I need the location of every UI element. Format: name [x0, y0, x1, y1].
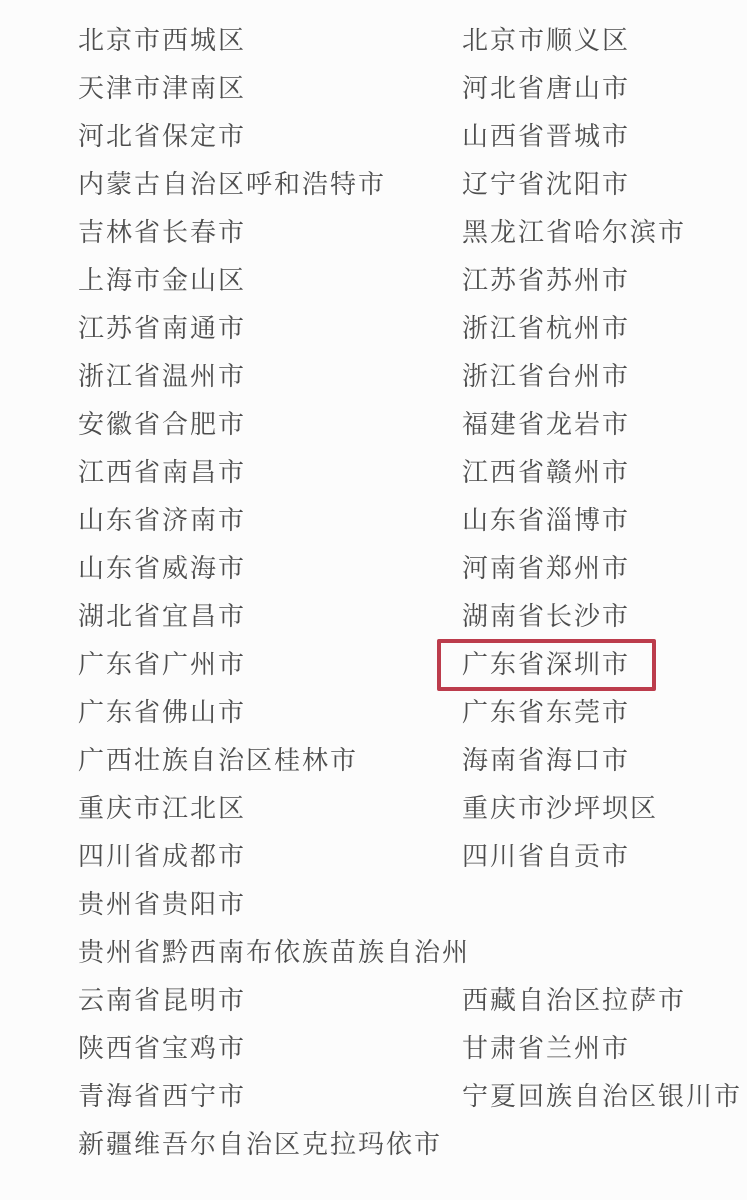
city-label: 宁夏回族自治区银川市: [462, 1082, 742, 1112]
city-label: 山东省济南市: [78, 506, 246, 536]
city-name-left: 青海省西宁市: [78, 1082, 462, 1112]
city-list: 北京市西城区北京市顺义区天津市津南区河北省唐山市河北省保定市山西省晋城市内蒙古自…: [0, 0, 747, 1169]
city-label: 重庆市江北区: [78, 794, 246, 824]
city-label: 广东省佛山市: [78, 698, 246, 728]
city-name-right: 四川省自贡市: [462, 842, 747, 872]
city-name-left: 河北省保定市: [78, 122, 462, 152]
list-row: 内蒙古自治区呼和浩特市辽宁省沈阳市: [78, 161, 747, 209]
city-name-left: 贵州省黔西南布依族苗族自治州: [78, 938, 470, 968]
list-row: 湖北省宜昌市湖南省长沙市: [78, 593, 747, 641]
city-name-left: 浙江省温州市: [78, 362, 462, 392]
city-name-left: 贵州省贵阳市: [78, 890, 462, 920]
city-name-right: 福建省龙岩市: [462, 410, 747, 440]
city-name-left: 吉林省长春市: [78, 218, 462, 248]
city-label: 福建省龙岩市: [462, 410, 630, 440]
city-label: 西藏自治区拉萨市: [462, 986, 686, 1016]
city-label: 贵州省黔西南布依族苗族自治州: [78, 938, 470, 968]
city-label: 天津市津南区: [78, 74, 246, 104]
city-label: 新疆维吾尔自治区克拉玛依市: [78, 1130, 442, 1160]
city-label: 湖北省宜昌市: [78, 602, 246, 632]
city-label: 北京市顺义区: [462, 26, 630, 56]
list-row: 贵州省贵阳市: [78, 881, 747, 929]
city-label: 河北省唐山市: [462, 74, 630, 104]
list-row: 广东省佛山市广东省东莞市: [78, 689, 747, 737]
list-row: 上海市金山区江苏省苏州市: [78, 257, 747, 305]
city-name-right: 广东省深圳市: [462, 650, 747, 680]
city-name-right: 广东省东莞市: [462, 698, 747, 728]
list-row: 江苏省南通市浙江省杭州市: [78, 305, 747, 353]
list-row: 江西省南昌市江西省赣州市: [78, 449, 747, 497]
city-name-right: 辽宁省沈阳市: [462, 170, 747, 200]
city-label: 黑龙江省哈尔滨市: [462, 218, 686, 248]
list-row: 安徽省合肥市福建省龙岩市: [78, 401, 747, 449]
city-name-left: 重庆市江北区: [78, 794, 462, 824]
city-name-left: 江西省南昌市: [78, 458, 462, 488]
city-name-right: 西藏自治区拉萨市: [462, 986, 747, 1016]
city-label: 江西省赣州市: [462, 458, 630, 488]
city-label: 贵州省贵阳市: [78, 890, 246, 920]
city-label: 辽宁省沈阳市: [462, 170, 630, 200]
city-label: 吉林省长春市: [78, 218, 246, 248]
list-row: 北京市西城区北京市顺义区: [78, 17, 747, 65]
city-name-right: 北京市顺义区: [462, 26, 747, 56]
city-label: 海南省海口市: [462, 746, 630, 776]
city-label: 安徽省合肥市: [78, 410, 246, 440]
list-row: 天津市津南区河北省唐山市: [78, 65, 747, 113]
list-row: 浙江省温州市浙江省台州市: [78, 353, 747, 401]
city-name-right: 河北省唐山市: [462, 74, 747, 104]
city-label: 陕西省宝鸡市: [78, 1034, 246, 1064]
city-name-right: 江苏省苏州市: [462, 266, 747, 296]
city-name-right: 重庆市沙坪坝区: [462, 794, 747, 824]
city-name-left: 四川省成都市: [78, 842, 462, 872]
list-row: 陕西省宝鸡市甘肃省兰州市: [78, 1025, 747, 1073]
city-label: 河北省保定市: [78, 122, 246, 152]
list-row: 贵州省黔西南布依族苗族自治州: [78, 929, 747, 977]
city-name-left: 天津市津南区: [78, 74, 462, 104]
city-label: 山西省晋城市: [462, 122, 630, 152]
list-row: 青海省西宁市宁夏回族自治区银川市: [78, 1073, 747, 1121]
city-name-right: 黑龙江省哈尔滨市: [462, 218, 747, 248]
city-label: 浙江省台州市: [462, 362, 630, 392]
city-label: 北京市西城区: [78, 26, 246, 56]
city-name-left: 云南省昆明市: [78, 986, 462, 1016]
list-row: 云南省昆明市西藏自治区拉萨市: [78, 977, 747, 1025]
city-label: 浙江省杭州市: [462, 314, 630, 344]
city-label: 山东省淄博市: [462, 506, 630, 536]
city-label: 内蒙古自治区呼和浩特市: [78, 170, 386, 200]
city-label: 上海市金山区: [78, 266, 246, 296]
city-name-right: 山西省晋城市: [462, 122, 747, 152]
city-label: 江苏省苏州市: [462, 266, 630, 296]
list-row: 重庆市江北区重庆市沙坪坝区: [78, 785, 747, 833]
list-row: 广东省广州市广东省深圳市: [78, 641, 747, 689]
city-name-left: 北京市西城区: [78, 26, 462, 56]
city-name-left: 陕西省宝鸡市: [78, 1034, 462, 1064]
list-row: 河北省保定市山西省晋城市: [78, 113, 747, 161]
city-name-left: 安徽省合肥市: [78, 410, 462, 440]
city-name-left: 广西壮族自治区桂林市: [78, 746, 462, 776]
city-label: 湖南省长沙市: [462, 602, 630, 632]
city-label: 重庆市沙坪坝区: [462, 794, 658, 824]
list-row: 山东省威海市河南省郑州市: [78, 545, 747, 593]
list-row: 新疆维吾尔自治区克拉玛依市: [78, 1121, 747, 1169]
city-name-right: 河南省郑州市: [462, 554, 747, 584]
list-row: 四川省成都市四川省自贡市: [78, 833, 747, 881]
city-label: 广东省广州市: [78, 650, 246, 680]
city-name-right: 山东省淄博市: [462, 506, 747, 536]
list-row: 山东省济南市山东省淄博市: [78, 497, 747, 545]
city-name-right: 浙江省杭州市: [462, 314, 747, 344]
city-name-left: 山东省威海市: [78, 554, 462, 584]
list-row: 吉林省长春市黑龙江省哈尔滨市: [78, 209, 747, 257]
city-label: 四川省自贡市: [462, 842, 630, 872]
city-label: 江苏省南通市: [78, 314, 246, 344]
city-name-left: 广东省广州市: [78, 650, 462, 680]
city-label: 江西省南昌市: [78, 458, 246, 488]
city-name-left: 湖北省宜昌市: [78, 602, 462, 632]
city-label: 云南省昆明市: [78, 986, 246, 1016]
city-name-right: 海南省海口市: [462, 746, 747, 776]
city-name-right: 湖南省长沙市: [462, 602, 747, 632]
city-name-right: 江西省赣州市: [462, 458, 747, 488]
city-name-left: 新疆维吾尔自治区克拉玛依市: [78, 1130, 462, 1160]
city-label: 广西壮族自治区桂林市: [78, 746, 358, 776]
city-name-right: 宁夏回族自治区银川市: [462, 1082, 747, 1112]
city-label: 河南省郑州市: [462, 554, 630, 584]
city-name-right: 甘肃省兰州市: [462, 1034, 747, 1064]
city-name-left: 上海市金山区: [78, 266, 462, 296]
city-label: 四川省成都市: [78, 842, 246, 872]
city-name-left: 江苏省南通市: [78, 314, 462, 344]
city-label: 山东省威海市: [78, 554, 246, 584]
city-label: 青海省西宁市: [78, 1082, 246, 1112]
city-name-right: 浙江省台州市: [462, 362, 747, 392]
city-name-left: 广东省佛山市: [78, 698, 462, 728]
city-label: 浙江省温州市: [78, 362, 246, 392]
city-label: 广东省东莞市: [462, 698, 630, 728]
city-name-left: 山东省济南市: [78, 506, 462, 536]
city-name-left: 内蒙古自治区呼和浩特市: [78, 170, 462, 200]
highlighted-city-label: 广东省深圳市: [462, 650, 630, 680]
list-row: 广西壮族自治区桂林市海南省海口市: [78, 737, 747, 785]
city-label: 甘肃省兰州市: [462, 1034, 630, 1064]
